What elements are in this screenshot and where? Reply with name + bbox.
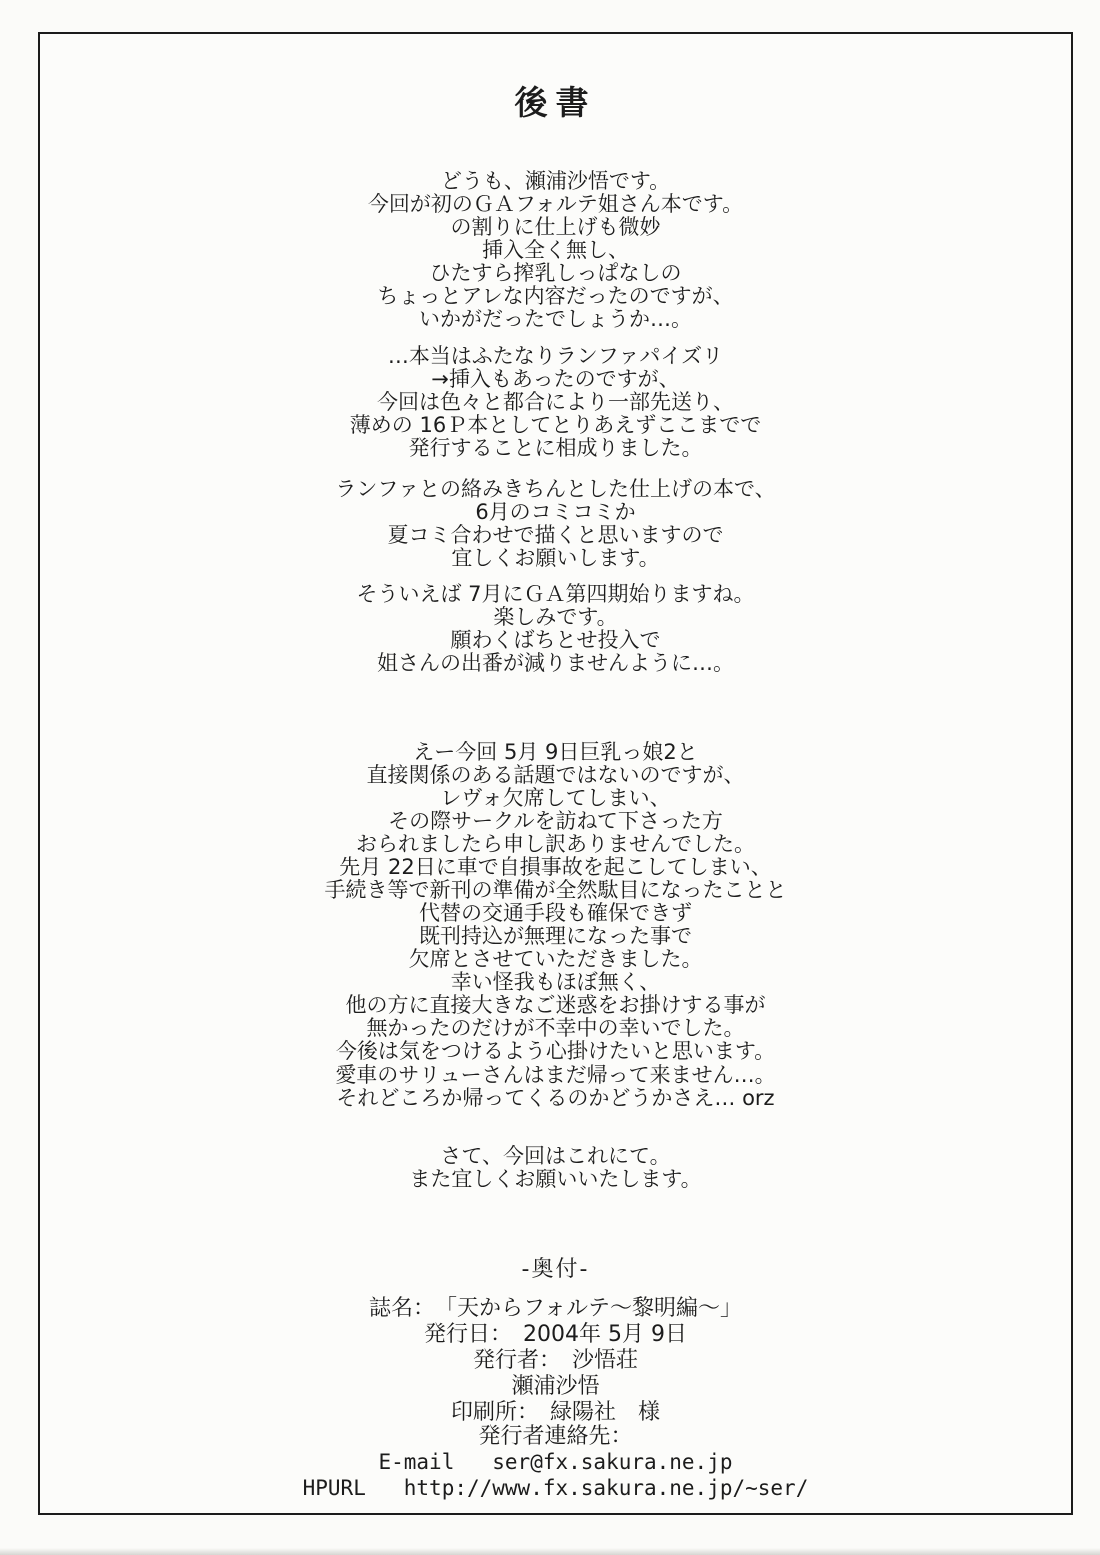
colophon-email-line: E-mail ser@fx.sakura.ne.jp [40,1449,1071,1475]
afterword-line: の割りに仕上げも微妙 [40,216,1071,239]
scan-edge-strip [0,1548,1100,1555]
afterword-line: 直接関係のある話題ではないのですが、 [40,764,1071,787]
colophon-publisher-line: 発行者： 沙悟荘 [40,1348,1071,1374]
afterword-line: 他の方に直接大きなご迷惑をお掛けする事が [40,994,1071,1017]
afterword-line: 楽しみです。 [40,606,1071,629]
colophon-date-line: 発行日： 2004年 5月 9日 [40,1322,1071,1348]
afterword-line: 薄めの 16Ｐ本としてとりあえずここまでで [40,414,1071,437]
afterword-line: それどころか帰ってくるのかどうかさえ… orz [40,1087,1071,1110]
afterword-line: 今回は色々と都合により一部先送り、 [40,391,1071,414]
afterword-paragraph-4: そういえば 7月にＧＡ第四期始りますね。 楽しみです。 願わくばちとせ投入で 姐… [40,583,1071,675]
afterword-line: いかがだったでしょうか…。 [40,308,1071,331]
colophon-header: -奥付- [40,1258,1071,1282]
afterword-line: 愛車のサリューさんはまだ帰って来ません…。 [40,1064,1071,1087]
afterword-line: どうも、瀬浦沙悟です。 [40,170,1071,193]
afterword-line: その際サークルを訪ねて下さった方 [40,810,1071,833]
afterword-title: 後書 [40,83,1071,123]
colophon-author-line: 瀬浦沙悟 [40,1374,1071,1400]
afterword-line: 発行することに相成りました。 [40,437,1071,460]
colophon-contact-label-line: 発行者連絡先： [40,1425,1071,1449]
afterword-line: レヴォ欠席してしまい、 [40,787,1071,810]
afterword-line: 先月 22日に車で自損事故を起こしてしまい、 [40,856,1071,879]
colophon-url-line: HPURL http://www.fx.sakura.ne.jp/~ser/ [40,1475,1071,1501]
afterword-line: →挿入もあったのですが、 [40,368,1071,391]
afterword-paragraph-6: 愛車のサリューさんはまだ帰って来ません…。 それどころか帰ってくるのかどうかさえ… [40,1064,1071,1110]
afterword-line: 姐さんの出番が減りませんように…。 [40,652,1071,675]
afterword-line: ちょっとアレな内容だったのですが、 [40,285,1071,308]
afterword-line: 夏コミ合わせで描くと思いますので [40,524,1071,547]
afterword-line: 欠席とさせていただきました。 [40,948,1071,971]
afterword-line: ランファとの絡みきちんとした仕上げの本で、 [40,478,1071,501]
afterword-line: 今回が初のＧＡフォルテ姐さん本です。 [40,193,1071,216]
colophon-printer: 印刷所： 緑陽社 様 発行者連絡先： [40,1401,1071,1449]
afterword-line: えー今回 5月 9日巨乳っ娘2と [40,741,1071,764]
afterword-line: ひたすら搾乳しっぱなしの [40,262,1071,285]
page-frame: 後書 どうも、瀬浦沙悟です。 今回が初のＧＡフォルテ姐さん本です。 の割りに仕上… [38,32,1073,1515]
afterword-line: また宜しくお願いいたします。 [40,1168,1071,1191]
afterword-line: 無かったのだけが不幸中の幸いでした。 [40,1017,1071,1040]
afterword-line: 願わくばちとせ投入で [40,629,1071,652]
colophon-title-line: 誌名： 「天からフォルテ～黎明編～」 [40,1296,1071,1322]
colophon-printer-line: 印刷所： 緑陽社 様 [40,1401,1071,1425]
afterword-paragraph-1: どうも、瀬浦沙悟です。 今回が初のＧＡフォルテ姐さん本です。 の割りに仕上げも微… [40,170,1071,331]
afterword-line: 宜しくお願いします。 [40,547,1071,570]
afterword-line: 今後は気をつけるよう心掛けたいと思います。 [40,1040,1071,1063]
afterword-line: 既刊持込が無理になった事で [40,925,1071,948]
afterword-line: そういえば 7月にＧＡ第四期始りますね。 [40,583,1071,606]
afterword-line: さて、今回はこれにて。 [40,1145,1071,1168]
afterword-line: 代替の交通手段も確保できず [40,902,1071,925]
colophon-publication: 誌名： 「天からフォルテ～黎明編～」 発行日： 2004年 5月 9日 発行者：… [40,1296,1071,1400]
afterword-paragraph-3: ランファとの絡みきちんとした仕上げの本で、 6月のコミコミか 夏コミ合わせで描く… [40,478,1071,570]
afterword-line: 6月のコミコミか [40,501,1071,524]
afterword-paragraph-7: さて、今回はこれにて。 また宜しくお願いいたします。 [40,1145,1071,1191]
afterword-line: おられましたら申し訳ありませんでした。 [40,833,1071,856]
colophon-contact: E-mail ser@fx.sakura.ne.jp HPURL http://… [40,1449,1071,1501]
afterword-line: 幸い怪我もほぼ無く、 [40,971,1071,994]
afterword-line: 手続き等で新刊の準備が全然駄目になったことと [40,879,1071,902]
afterword-line: 挿入全く無し、 [40,239,1071,262]
afterword-paragraph-2: …本当はふたなりランファパイズリ →挿入もあったのですが、 今回は色々と都合によ… [40,345,1071,460]
afterword-paragraph-5: えー今回 5月 9日巨乳っ娘2と 直接関係のある話題ではないのですが、 レヴォ欠… [40,741,1071,1063]
afterword-line: …本当はふたなりランファパイズリ [40,345,1071,368]
